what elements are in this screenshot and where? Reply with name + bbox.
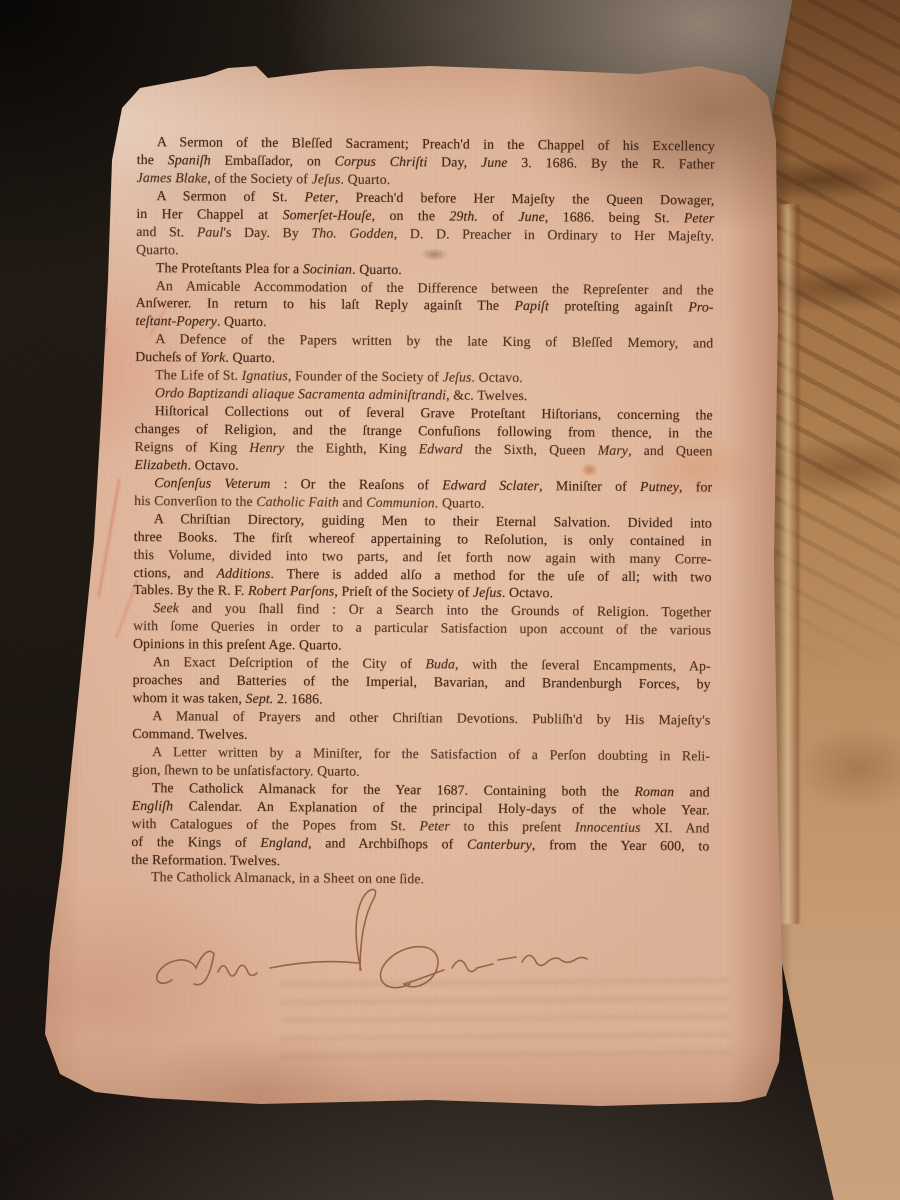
red-stain <box>98 479 121 598</box>
text-segment: whom it was taken, <box>133 690 246 706</box>
italic-text-segment: Socinian <box>303 261 352 276</box>
text-segment: XI. And <box>641 820 710 836</box>
ink-stroke <box>522 955 587 965</box>
text-segment: and you ſhall find : Or a Search into th… <box>179 601 711 620</box>
text-segment: , 1686. being St. <box>545 209 684 225</box>
text-segment: A Letter written by a Miniſter, for the … <box>152 744 710 763</box>
italic-text-segment: Tho. Godden <box>311 225 393 241</box>
italic-text-segment: Elizabeth <box>134 457 187 472</box>
book-photo: A Sermon of the Bleſſed Sacrament; Preac… <box>0 0 900 1200</box>
text-segment: Day, <box>427 154 481 169</box>
text-segment: and <box>339 494 367 509</box>
text-segment: The Proteſtants Plea for a <box>156 260 303 276</box>
text-segment: this Volume, divided into two parts, and… <box>134 547 712 567</box>
page-fold-highlight <box>779 204 801 924</box>
text-segment: , and Archbiſhops of <box>308 835 467 851</box>
text-segment: ctions, and <box>133 564 216 580</box>
italic-text-segment: Roman <box>634 784 674 799</box>
text-segment: An Amicable Accommodation of the Differe… <box>156 278 714 297</box>
text-segment: , &c. Twelves. <box>446 388 527 404</box>
text-segment: proaches and Batteries of the Imperial, … <box>133 672 711 692</box>
text-segment: 's Day. By <box>223 224 311 240</box>
italic-text-segment: York <box>200 350 225 365</box>
italic-text-segment: Peter <box>304 189 335 204</box>
text-segment: . Quarto. <box>352 261 402 276</box>
text-segment: Tables. By the R. F. <box>133 582 248 598</box>
text-segment: A Sermon of the Bleſſed Sacrament; Preac… <box>157 134 715 153</box>
text-segment: the <box>137 152 168 167</box>
text-segment: and St. <box>136 224 197 239</box>
italic-text-segment: Paul <box>197 224 224 239</box>
italic-text-segment: Seek <box>153 601 179 616</box>
text-segment: three Books. The firſt whereof appertain… <box>134 529 712 549</box>
italic-text-segment: Buda <box>425 656 455 671</box>
italic-text-segment: Jeſus <box>473 585 502 600</box>
text-segment: proteſting againſt <box>549 299 689 315</box>
text-segment: the Eighth, King <box>284 440 418 456</box>
italic-text-segment: Innocentius <box>575 819 641 835</box>
text-segment: , with the ſeveral Encampments, Ap- <box>455 657 711 674</box>
italic-text-segment: Communion <box>366 495 435 511</box>
italic-text-segment: Spaniſh <box>168 152 211 167</box>
text-segment: . Quarto. <box>435 495 485 510</box>
italic-text-segment: Edward Sclater <box>442 477 539 493</box>
italic-text-segment: Canterbury <box>467 836 532 852</box>
italic-text-segment: Edward <box>419 441 463 456</box>
text-segment: , Prieſt of the Society of <box>334 584 473 600</box>
text-segment: Calendar. An Explanation of the principa… <box>173 798 710 817</box>
text-segment: Ducheſs of <box>135 349 200 365</box>
text-segment: . Quarto. <box>225 350 275 365</box>
italic-text-segment: Jeſus <box>443 370 472 385</box>
text-segment: , and Queen <box>628 443 713 459</box>
italic-text-segment: Mary <box>598 443 628 458</box>
text-segment: Reigns of King <box>134 439 249 455</box>
ink-stroke <box>356 889 375 970</box>
text-segment: A Sermon of St. <box>156 188 304 204</box>
italic-text-segment: Peter <box>419 818 450 833</box>
text-segment: . Quarto. <box>341 171 391 186</box>
text-segment: to this preſent <box>450 818 575 834</box>
text-segment: gion, ſhewn to be unſatisfactory. Quarto… <box>132 762 360 779</box>
text-segment: changes of Religion, and the ſtrange Con… <box>135 421 713 441</box>
italic-text-segment: Sept. <box>246 691 274 706</box>
text-segment: the Reformation. Twelves. <box>131 851 280 867</box>
ink-stroke <box>270 962 358 968</box>
text-segment: Embaſſador, on <box>211 153 335 169</box>
text-segment: A Chriſtian Directory, guiding Men to th… <box>154 511 712 530</box>
text-segment: , D. D. Preacher in Ordinary to Her Maje… <box>394 226 715 244</box>
text-segment: . There is added alſo a method for the u… <box>270 566 711 584</box>
text-segment: A Defence of the Papers written by the l… <box>155 331 713 350</box>
text-segment: of <box>478 208 518 223</box>
text-segment: The Life of St. <box>155 367 242 383</box>
text-segment: his Converſion to the <box>134 493 256 509</box>
text-segment: , for <box>679 479 712 494</box>
italic-text-segment: Pro- <box>688 300 713 315</box>
italic-text-segment: Jeſus <box>312 171 341 186</box>
text-segment: Quarto. <box>136 242 179 257</box>
text-block: A Sermon of the Bleſſed Sacrament; Preac… <box>131 133 715 891</box>
italic-text-segment: Ordo Baptizandi aliaque Sacramenta admin… <box>155 385 446 402</box>
book-page: A Sermon of the Bleſſed Sacrament; Preac… <box>30 58 786 1114</box>
text-segment: . Octavo. <box>472 370 523 385</box>
ink-stroke <box>452 960 493 971</box>
italic-text-segment: Robert Parſons <box>248 583 334 599</box>
verso-showthrough <box>280 978 731 1068</box>
italic-text-segment: June <box>518 209 545 224</box>
italic-text-segment: Somerſet-Houſe <box>283 207 372 223</box>
italic-text-segment: Henry <box>249 440 284 455</box>
text-segment: , Preach'd before Her Majeſty the Queen … <box>335 189 715 207</box>
italic-text-segment: 29th. <box>449 208 478 223</box>
text-segment: Command. Twelves. <box>132 726 248 742</box>
text-segment: 3. 1686. By the R. Father <box>507 155 714 172</box>
ink-stroke <box>157 951 214 984</box>
text-segment: Opinions in this preſent Age. Quarto. <box>133 636 342 653</box>
text-segment: and <box>674 784 710 799</box>
text-segment: with Catalogues of the Popes from St. <box>132 816 420 833</box>
text-segment: of the Kings of <box>131 834 260 850</box>
text-segment: . Quarto. <box>217 314 267 329</box>
text-segment: in Her Chappel at <box>136 206 282 222</box>
text-segment: Hiſtorical Collections out of ſeveral Gr… <box>155 403 713 422</box>
italic-text-segment: Conſenſus Veterum <box>154 475 270 491</box>
text-segment: . Octavo. <box>502 585 553 600</box>
text-segment: 2. 1686. <box>273 691 322 706</box>
italic-text-segment: Peter <box>684 210 715 225</box>
italic-text-segment: England <box>260 835 308 850</box>
text-segment: The Catholick Almanack for the Year 1687… <box>152 780 635 799</box>
italic-text-segment: Corpus Chriſti <box>335 153 428 169</box>
text-segment: An Exact Deſcription of the City of <box>153 654 426 671</box>
text-segment: : Or the Reaſons of <box>270 476 442 492</box>
italic-text-segment: Engliſh <box>132 798 174 813</box>
italic-text-segment: Catholic Faith <box>256 494 339 510</box>
text-segment: , Founder of the Society of <box>288 368 443 384</box>
ink-stroke <box>498 957 516 960</box>
italic-text-segment: Papiſt <box>514 298 549 313</box>
text-segment: , Miniſter of <box>539 478 640 494</box>
text-segment: , of the Society of <box>207 170 311 186</box>
text-segment: . Octavo. <box>188 457 239 472</box>
text-segment: , from the Year 600, to <box>532 837 710 853</box>
italic-text-segment: Additions <box>217 565 271 580</box>
text-segment: , on the <box>372 208 450 224</box>
italic-text-segment: teſtant-Popery <box>135 313 216 329</box>
italic-text-segment: Putney <box>640 479 679 494</box>
text-segment: with ſome Queries in order to a particul… <box>133 618 711 638</box>
ink-stroke <box>218 965 257 976</box>
text-segment: the Sixth, Queen <box>463 442 598 458</box>
text-segment: Anſwerer. In return to his laſt Reply ag… <box>136 295 515 313</box>
text-segment: A Manual of Prayers and other Chriſtian … <box>152 708 710 727</box>
italic-text-segment: James Blake <box>137 170 208 186</box>
italic-text-segment: Ignatius <box>242 368 288 383</box>
italic-text-segment: June <box>481 155 508 170</box>
